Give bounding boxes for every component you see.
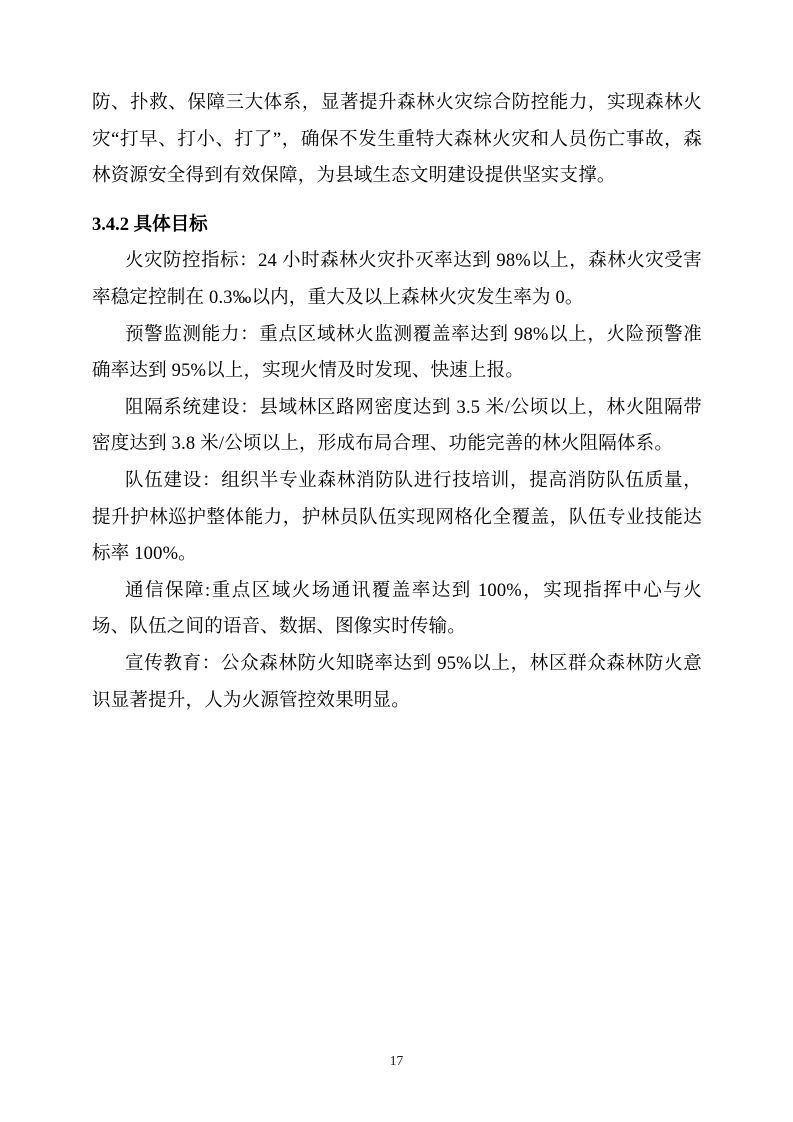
paragraph-barrier-system: 阻隔系统建设：县域林区路网密度达到 3.5 米/公顷以上，林火阻隔带密度达到 3…	[92, 390, 702, 463]
paragraph-early-warning-monitoring: 预警监测能力：重点区域林火监测覆盖率达到 98%以上，火险预警准确率达到 95%…	[92, 317, 702, 390]
page-number: 17	[0, 1052, 793, 1070]
intro-paragraph: 防、扑救、保障三大体系，显著提升森林火灾综合防控能力，实现森林火灾“打早、打小、…	[92, 85, 702, 195]
paragraph-publicity-education: 宣传教育：公众森林防火知晓率达到 95%以上，林区群众森林防火意识显著提升，人为…	[92, 646, 702, 719]
page-content: 防、扑救、保障三大体系，显著提升森林火灾综合防控能力，实现森林火灾“打早、打小、…	[92, 85, 702, 719]
document-page: 防、扑救、保障三大体系，显著提升森林火灾综合防控能力，实现森林火灾“打早、打小、…	[0, 0, 793, 1122]
paragraph-communication-support: 通信保障:重点区域火场通讯覆盖率达到 100%，实现指挥中心与火场、队伍之间的语…	[92, 573, 702, 646]
paragraph-team-building: 队伍建设：组织半专业森林消防队进行技培训，提高消防队伍质量，提升护林巡护整体能力…	[92, 463, 702, 573]
section-heading: 3.4.2 具体目标	[92, 207, 702, 244]
paragraph-fire-control-targets: 火灾防控指标：24 小时森林火灾扑灭率达到 98%以上，森林火灾受害率稳定控制在…	[92, 243, 702, 316]
